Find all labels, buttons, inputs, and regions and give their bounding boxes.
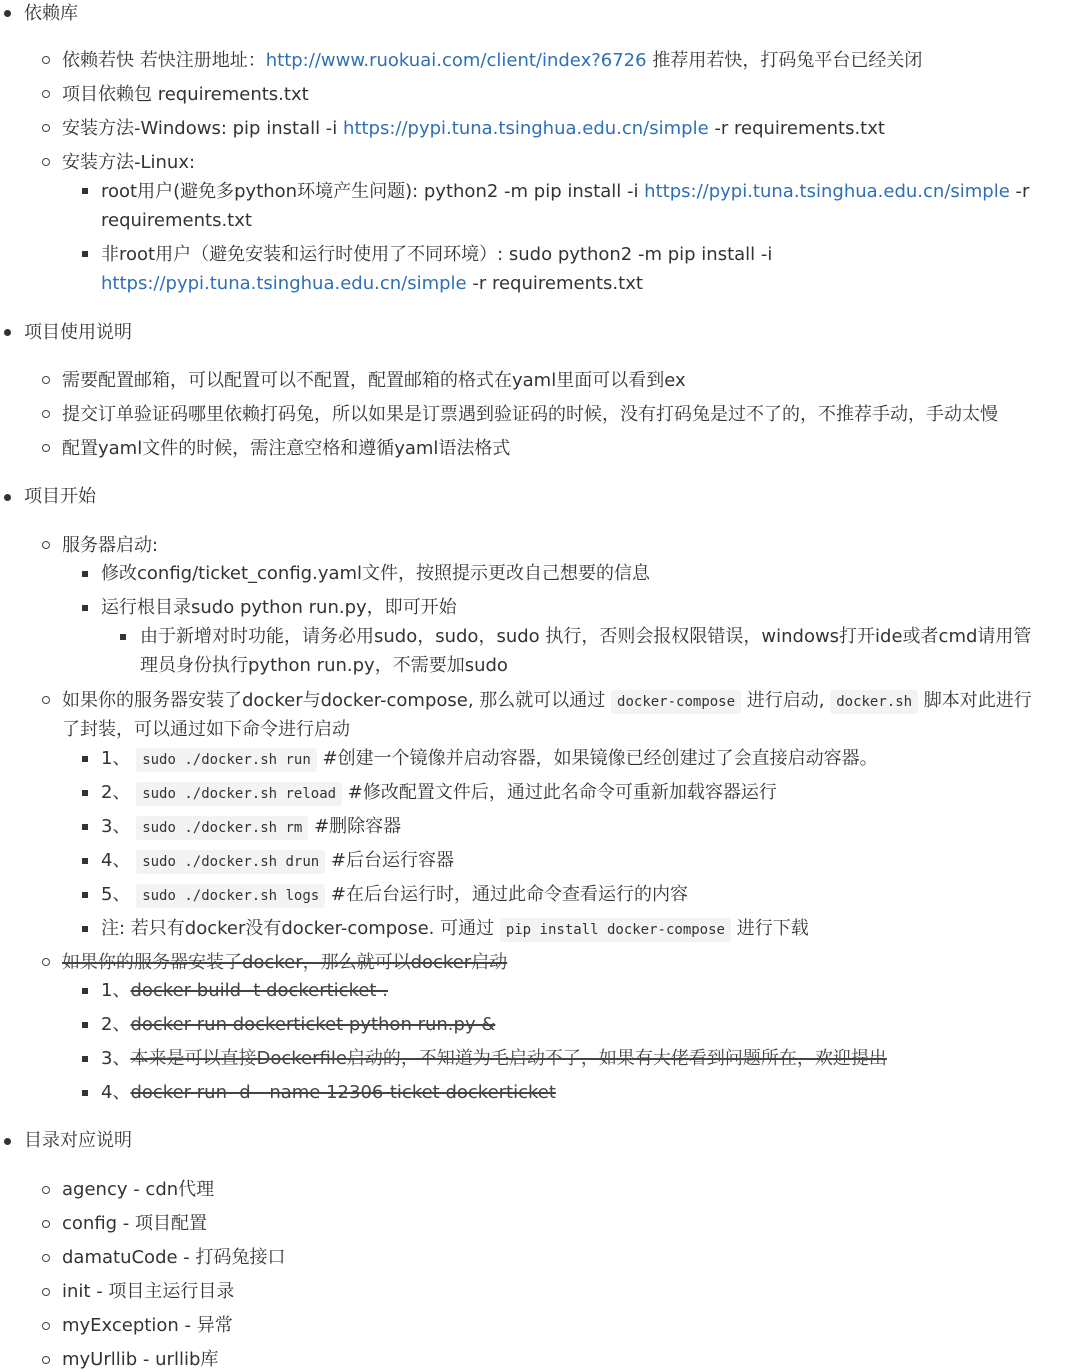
list-item-requirements: 项目依赖包 requirements.txt <box>62 81 309 109</box>
square-bullet-icon <box>82 571 88 577</box>
circle-bullet-icon <box>42 958 50 966</box>
circle-bullet-icon <box>42 1220 50 1228</box>
disc-bullet-icon <box>4 10 11 17</box>
list-item-ruokuai: 依赖若快 若快注册地址：http://www.ruokuai.com/clien… <box>62 47 922 75</box>
square-bullet-icon <box>82 605 88 611</box>
list-item-server: 服务器启动: <box>62 532 158 560</box>
circle-bullet-icon <box>42 90 50 98</box>
list-item-docker-compose: 如果你的服务器安装了docker与docker-compose, 那么就可以通过… <box>62 687 1032 715</box>
list-item-modify-config: 修改config/ticket_config.yaml文件，按照提示更改自己想要… <box>101 560 650 588</box>
inline-code: pip install docker-compose <box>500 918 731 942</box>
circle-bullet-icon <box>42 541 50 549</box>
circle-bullet-icon <box>42 158 50 166</box>
inline-code: sudo ./docker.sh run <box>136 748 317 772</box>
disc-bullet-icon <box>4 494 11 501</box>
square-bullet-icon <box>82 926 88 932</box>
section-title-usage: 项目使用说明 <box>24 319 132 347</box>
legacy-item: 4、docker run -d --name 12306-ticket dock… <box>101 1079 556 1107</box>
list-item: myException - 异常 <box>62 1312 233 1340</box>
command-item: 4、 sudo ./docker.sh drun #后台运行容器 <box>101 847 454 875</box>
square-bullet-icon <box>82 1056 88 1062</box>
legacy-item: 2、docker run dockerticket python run.py … <box>101 1011 495 1039</box>
list-item: config - 项目配置 <box>62 1210 207 1238</box>
list-item: 需要配置邮箱，可以配置可以不配置，配置邮箱的格式在yaml里面可以看到ex <box>62 367 686 395</box>
inline-code: sudo ./docker.sh rm <box>136 816 308 840</box>
inline-code: sudo ./docker.sh reload <box>136 782 342 806</box>
list-item-sudo-note-cont: 理员身份执行python run.py，不需要加sudo <box>140 652 508 680</box>
list-item-run: 运行根目录sudo python run.py，即可开始 <box>101 594 457 622</box>
square-bullet-icon <box>82 824 88 830</box>
list-item-root-install: root用户(避免多python环境产生问题): python2 -m pip … <box>101 178 1029 206</box>
list-item: damatuCode - 打码兔接口 <box>62 1244 286 1272</box>
square-bullet-icon <box>82 1090 88 1096</box>
square-bullet-icon <box>120 634 126 640</box>
mirror-link[interactable]: https://pypi.tuna.tsinghua.edu.cn/simple <box>644 181 1010 202</box>
list-item-legacy-docker: 如果你的服务器安装了docker，那么就可以docker启动 <box>62 949 507 977</box>
inline-code: sudo ./docker.sh drun <box>136 850 325 874</box>
mirror-link[interactable]: https://pypi.tuna.tsinghua.edu.cn/simple <box>343 118 709 139</box>
command-item: 2、 sudo ./docker.sh reload #修改配置文件后，通过此名… <box>101 779 777 807</box>
list-item: init - 项目主运行目录 <box>62 1278 234 1306</box>
command-item: 1、 sudo ./docker.sh run #创建一个镜像并启动容器，如果镜… <box>101 745 878 773</box>
circle-bullet-icon <box>42 410 50 418</box>
list-item-docker-compose-cont: 了封装，可以通过如下命令进行启动 <box>62 716 350 744</box>
disc-bullet-icon <box>4 329 11 336</box>
list-item-nonroot-install-cont: https://pypi.tuna.tsinghua.edu.cn/simple… <box>101 270 643 298</box>
list-item-nonroot-install: 非root用户（避免安装和运行时使用了不同环境）: sudo python2 -… <box>101 241 772 269</box>
legacy-item: 3、本来是可以直接Dockerfile启动的，不知道为毛启动不了，如果有大佬看到… <box>101 1045 887 1073</box>
circle-bullet-icon <box>42 1288 50 1296</box>
list-item: 配置yaml文件的时候，需注意空格和遵循yaml语法格式 <box>62 435 510 463</box>
square-bullet-icon <box>82 790 88 796</box>
square-bullet-icon <box>82 756 88 762</box>
inline-code: docker-compose <box>611 690 741 714</box>
square-bullet-icon <box>82 251 88 257</box>
ruokuai-link[interactable]: http://www.ruokuai.com/client/index?6726 <box>266 50 647 71</box>
mirror-link[interactable]: https://pypi.tuna.tsinghua.edu.cn/simple <box>101 273 467 294</box>
circle-bullet-icon <box>42 376 50 384</box>
circle-bullet-icon <box>42 1186 50 1194</box>
circle-bullet-icon <box>42 1356 50 1364</box>
square-bullet-icon <box>82 858 88 864</box>
disc-bullet-icon <box>4 1138 11 1145</box>
square-bullet-icon <box>82 892 88 898</box>
square-bullet-icon <box>82 1022 88 1028</box>
inline-code: sudo ./docker.sh logs <box>136 884 325 908</box>
command-item: 5、 sudo ./docker.sh logs #在后台运行时，通过此命令查看… <box>101 881 688 909</box>
circle-bullet-icon <box>42 696 50 704</box>
circle-bullet-icon <box>42 1322 50 1330</box>
circle-bullet-icon <box>42 56 50 64</box>
circle-bullet-icon <box>42 124 50 132</box>
list-item: 提交订单验证码哪里依赖打码兔，所以如果是订票遇到验证码的时候，没有打码兔是过不了… <box>62 401 998 429</box>
square-bullet-icon <box>82 988 88 994</box>
list-item-linux-install: 安装方法-Linux: <box>62 149 195 177</box>
legacy-item: 1、docker build -t dockerticket . <box>101 977 388 1005</box>
list-item-root-install-cont: requirements.txt <box>101 207 252 235</box>
list-item: agency - cdn代理 <box>62 1176 214 1204</box>
section-title-dirs: 目录对应说明 <box>24 1127 132 1155</box>
list-item-windows-install: 安装方法-Windows: pip install -i https://pyp… <box>62 115 885 143</box>
list-item-pip-note: 注: 若只有docker没有docker-compose. 可通过 pip in… <box>101 915 809 943</box>
section-title-deps: 依赖库 <box>24 0 78 28</box>
square-bullet-icon <box>82 188 88 194</box>
inline-code: docker.sh <box>830 690 918 714</box>
list-item: myUrllib - urllib库 <box>62 1346 218 1372</box>
list-item-sudo-note: 由于新增对时功能，请务必用sudo，sudo，sudo 执行，否则会报权限错误，… <box>140 623 1031 651</box>
circle-bullet-icon <box>42 444 50 452</box>
section-title-start: 项目开始 <box>24 483 96 511</box>
command-item: 3、 sudo ./docker.sh rm #删除容器 <box>101 813 401 841</box>
circle-bullet-icon <box>42 1254 50 1262</box>
